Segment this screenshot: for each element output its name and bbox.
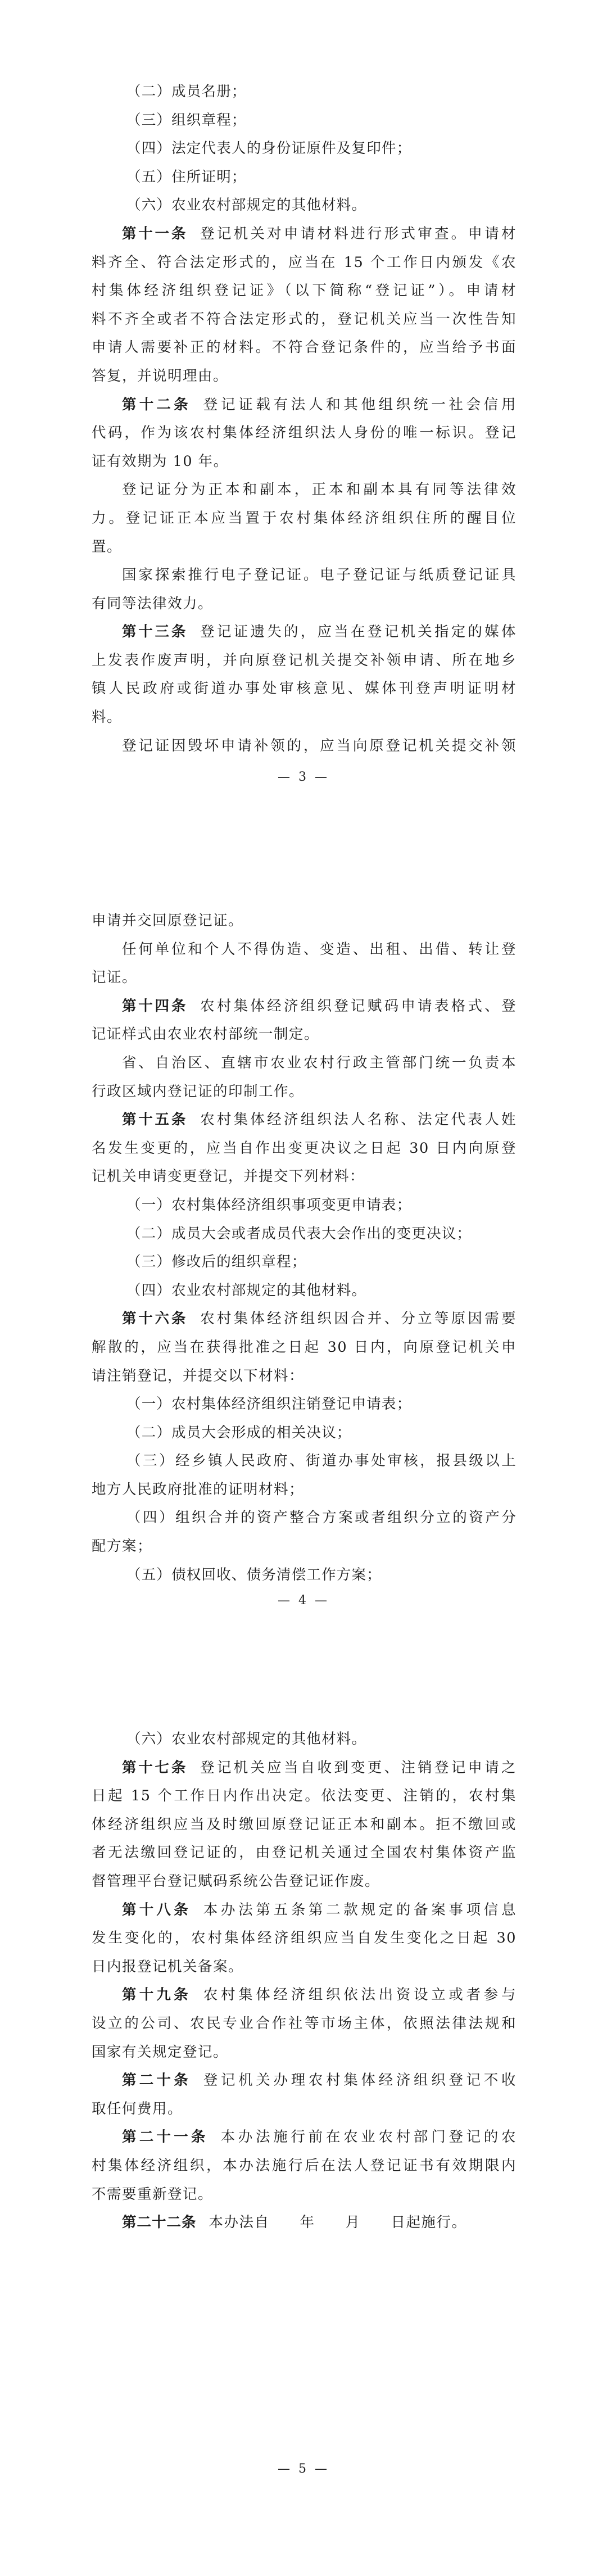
- article-heading: 第十六条: [122, 1310, 188, 1327]
- list-item: （六）农业农村部规定的其他材料。: [92, 1725, 517, 1754]
- paragraph-last-line: 料。: [92, 703, 517, 732]
- list-item: （五）住所证明；: [92, 163, 517, 192]
- list-item: （三）修改后的组织章程；: [92, 1248, 517, 1276]
- article-heading: 第十四条: [122, 998, 188, 1015]
- page-number-3: — 3 —: [0, 770, 607, 784]
- article-first-line: 第十三条登记证遗失的，应当在登记机关指定的媒体: [92, 618, 517, 646]
- article-first-line: 第十四条农村集体经济组织登记赋码申请表格式、登: [92, 992, 517, 1021]
- paragraph-line: 发生变化的，农村集体经济组织应当自发生变化之日起 30: [92, 1924, 517, 1953]
- paragraph-line: 村集体经济组织，本办法施行后在法人登记证书有效期限内: [92, 2152, 517, 2180]
- list-item: （三）经乡镇人民政府、街道办事处审核，报县级以上: [92, 1447, 517, 1475]
- paragraph-line: 料齐全、符合法定形式的，应当在 15 个工作日内颁发《农: [92, 248, 517, 277]
- article-heading: 第十七条: [122, 1759, 188, 1776]
- paragraph-line: 申请人需要补正的材料。不符合登记条件的，应当给予书面: [92, 333, 517, 362]
- paragraph-last-line: 记机关申请变更登记，并提交下列材料：: [92, 1162, 517, 1191]
- article-text: 本办法第五条第二款规定的备案事项信息: [203, 1902, 517, 1918]
- article-heading: 第十九条: [122, 1986, 191, 2003]
- article-heading: 第十一条: [122, 225, 188, 242]
- article-text: 本办法自 年 月 日起施行。: [209, 2214, 467, 2231]
- list-item: （一）农村集体经济组织注销登记申请表；: [92, 1390, 517, 1419]
- article-text: 登记机关应当自收到变更、注销登记申请之: [200, 1759, 517, 1776]
- paragraph-line: 村集体经济组织登记证》（以下简称“登记证”）。申请材: [92, 277, 517, 305]
- paragraph-line: 名发生变更的，应当自作出变更决议之日起 30 日内向原登: [92, 1134, 517, 1163]
- article-heading: 第二十条: [122, 2072, 191, 2089]
- article-first-line: 第十五条农村集体经济组织法人名称、法定代表人姓: [92, 1106, 517, 1134]
- page-3-body: （二）成员名册；（三）组织章程；（四）法定代表人的身份证原件及复印件；（五）住所…: [92, 78, 517, 760]
- paragraph-line: 者无法缴回登记证的，由登记机关通过全国农村集体资产监: [92, 1839, 517, 1867]
- list-item: （五）债权回收、债务清偿工作方案；: [92, 1561, 517, 1590]
- paragraph-line: 解散的，应当在获得批准之日起 30 日内，向原登记机关申: [92, 1333, 517, 1362]
- paragraph-last-line: 行政区域内登记证的印制工作。: [92, 1078, 517, 1106]
- list-item: （二）成员名册；: [92, 78, 517, 106]
- article-heading: 第二十二条: [122, 2214, 197, 2231]
- list-item: （四）法定代表人的身份证原件及复印件；: [92, 134, 517, 163]
- paragraph-last-line: 申请并交回原登记证。: [92, 907, 517, 935]
- paragraph-last-line: 地方人民政府批准的证明材料；: [92, 1475, 517, 1504]
- paragraph-first-line: 国家探索推行电子登记证。电子登记证与纸质登记证具: [92, 561, 517, 590]
- paragraph-first-line: 任何单位和个人不得伪造、变造、出租、出借、转让登: [92, 935, 517, 964]
- list-item: （一）农村集体经济组织事项变更申请表；: [92, 1191, 517, 1220]
- paragraph-last-line: 答复，并说明理由。: [92, 362, 517, 391]
- article-first-line: 第十八条本办法第五条第二款规定的备案事项信息: [92, 1896, 517, 1925]
- article-heading: 第十三条: [122, 623, 188, 640]
- paragraph-line: 镇人民政府或街道办事处审核意见、媒体刊登声明证明材: [92, 674, 517, 703]
- article-first-line: 第二十一条本办法施行前在农业农村部门登记的农: [92, 2123, 517, 2152]
- list-item: （二）成员大会形成的相关决议；: [92, 1419, 517, 1447]
- paragraph-line: 体经济组织应当及时缴回原登记证正本和副本。拒不缴回或: [92, 1810, 517, 1839]
- paragraph-line: 上发表作废声明，并向原登记机关提交补领申请、所在地乡: [92, 646, 517, 675]
- paragraph-last-line: 不需要重新登记。: [92, 2180, 517, 2209]
- paragraph-first-line: 登记证因毁坏申请补领的，应当向原登记机关提交补领: [92, 732, 517, 760]
- article-first-line: 第十二条登记证载有法人和其他组织统一社会信用: [92, 391, 517, 419]
- article-heading: 第十八条: [122, 1902, 191, 1918]
- page-number-4: — 4 —: [0, 1593, 607, 1608]
- article-text: 登记证载有法人和其他组织统一社会信用: [203, 396, 517, 413]
- paragraph-last-line: 置。: [92, 533, 517, 562]
- article-first-line: 第二十二条本办法自 年 月 日起施行。: [92, 2208, 517, 2237]
- article-heading: 第十二条: [122, 396, 191, 413]
- paragraph-line: 设立的公司、农民专业合作社等市场主体，依照法律法规和: [92, 2009, 517, 2038]
- page-number-5: — 5 —: [0, 2462, 607, 2476]
- paragraph-last-line: 国家有关规定登记。: [92, 2038, 517, 2067]
- paragraph-last-line: 证有效期为 10 年。: [92, 447, 517, 476]
- article-first-line: 第二十条登记机关办理农村集体经济组织登记不收: [92, 2066, 517, 2095]
- paragraph-line: 料不齐全或者不符合法定形式的，登记机关应当一次性告知: [92, 305, 517, 334]
- article-heading: 第二十一条: [122, 2129, 209, 2145]
- paragraph-last-line: 记证。: [92, 963, 517, 992]
- list-item: （四）组织合并的资产整合方案或者组织分立的资产分: [92, 1504, 517, 1532]
- article-text: 登记机关办理农村集体经济组织登记不收: [203, 2072, 517, 2089]
- list-item: （四）农业农村部规定的其他材料。: [92, 1276, 517, 1305]
- article-text: 登记证遗失的，应当在登记机关指定的媒体: [200, 623, 517, 640]
- article-text: 农村集体经济组织登记赋码申请表格式、登: [200, 998, 517, 1015]
- paragraph-last-line: 取任何费用。: [92, 2095, 517, 2124]
- paragraph-first-line: 省、自治区、直辖市农业农村行政主管部门统一负责本: [92, 1049, 517, 1078]
- article-heading: 第十五条: [122, 1111, 188, 1128]
- paragraph-line: 日起 15 个工作日内作出决定。依法变更、注销的，农村集: [92, 1782, 517, 1810]
- article-text: 农村集体经济组织因合并、分立等原因需要: [200, 1310, 517, 1327]
- article-first-line: 第十九条农村集体经济组织依法出资设立或者参与: [92, 1981, 517, 2009]
- list-item: （三）组织章程；: [92, 106, 517, 135]
- paragraph-last-line: 有同等法律效力。: [92, 590, 517, 618]
- paragraph-last-line: 督管理平台登记赋码系统公告登记证作废。: [92, 1867, 517, 1896]
- list-item: （六）农业农村部规定的其他材料。: [92, 191, 517, 220]
- paragraph-last-line: 配方案；: [92, 1532, 517, 1561]
- article-text: 农村集体经济组织依法出资设立或者参与: [203, 1986, 517, 2003]
- paragraph-line: 代码，作为该农村集体经济组织法人身份的唯一标识。登记: [92, 419, 517, 447]
- list-item: （二）成员大会或者成员代表大会作出的变更决议；: [92, 1220, 517, 1248]
- article-first-line: 第十六条农村集体经济组织因合并、分立等原因需要: [92, 1305, 517, 1333]
- article-text: 登记机关对申请材料进行形式审查。申请材: [200, 225, 517, 242]
- article-first-line: 第十一条登记机关对申请材料进行形式审查。申请材: [92, 220, 517, 248]
- paragraph-last-line: 请注销登记，并提交以下材料：: [92, 1362, 517, 1391]
- article-text: 农村集体经济组织法人名称、法定代表人姓: [200, 1111, 517, 1128]
- article-text: 本办法施行前在农业农村部门登记的农: [221, 2129, 517, 2145]
- paragraph-last-line: 日内报登记机关备案。: [92, 1953, 517, 1981]
- page-4-body: 申请并交回原登记证。任何单位和个人不得伪造、变造、出租、出借、转让登记证。第十四…: [92, 907, 517, 1589]
- article-first-line: 第十七条登记机关应当自收到变更、注销登记申请之: [92, 1754, 517, 1782]
- page-5-body: （六）农业农村部规定的其他材料。第十七条登记机关应当自收到变更、注销登记申请之日…: [92, 1725, 517, 2237]
- paragraph-last-line: 记证样式由农业农村部统一制定。: [92, 1020, 517, 1049]
- paragraph-line: 力。登记证正本应当置于农村集体经济组织住所的醒目位: [92, 504, 517, 533]
- paragraph-first-line: 登记证分为正本和副本，正本和副本具有同等法律效: [92, 476, 517, 504]
